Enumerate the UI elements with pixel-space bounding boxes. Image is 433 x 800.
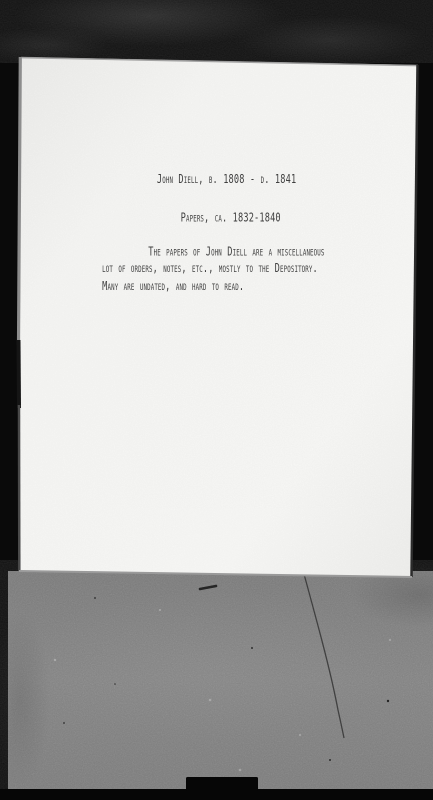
paragraph-line-1: The papers of John Diell are a miscellan… <box>148 245 324 258</box>
document-title-line: John Diell, b. 1808 - d. 1841 <box>157 172 296 185</box>
film-backing-area <box>0 563 433 790</box>
typed-text-block: John Diell, b. 1808 - d. 1841 Papers, ca… <box>100 164 402 311</box>
paper-left-edge-dark <box>19 340 20 408</box>
microfilm-scan: John Diell, b. 1808 - d. 1841 Papers, ca… <box>0 0 433 800</box>
film-leader-top <box>0 0 433 64</box>
film-notch <box>186 777 258 791</box>
film-background <box>0 0 433 800</box>
document-subtitle-line: Papers, ca. 1832-1840 <box>181 211 281 224</box>
paper-left-edge-shadow <box>19 57 21 345</box>
paragraph-line-2: lot of orders, notes, etc., mostly to th… <box>102 262 318 275</box>
paper-sheet <box>19 57 419 577</box>
paragraph-line-3: Many are undated, and hard to read. <box>102 280 244 293</box>
